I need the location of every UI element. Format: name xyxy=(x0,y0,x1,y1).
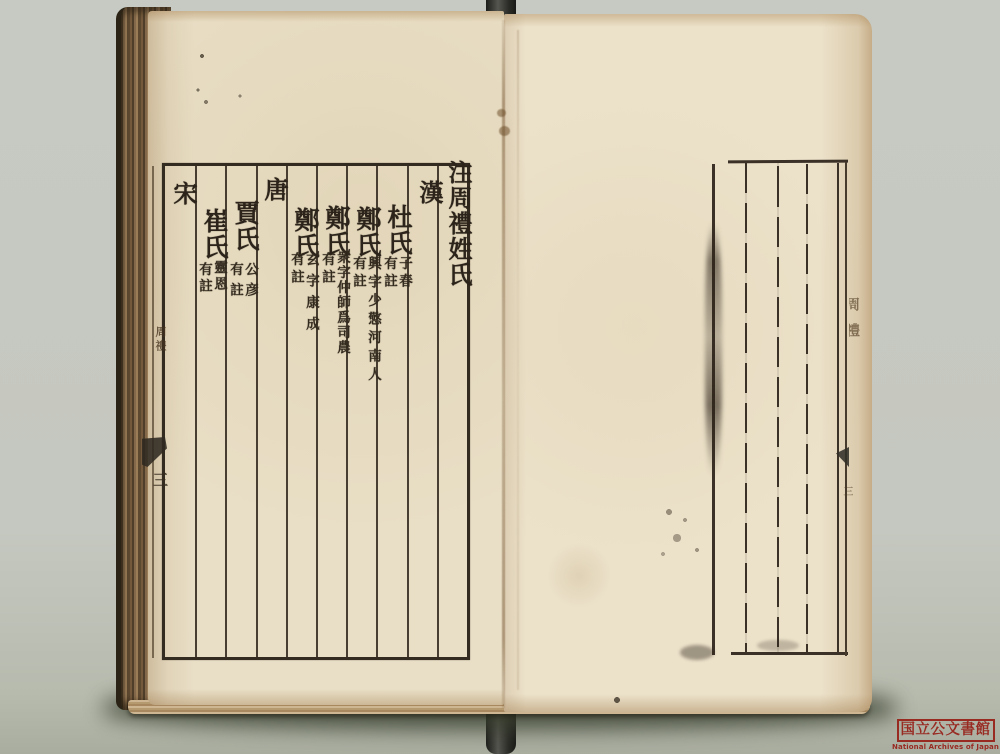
entry-name-jia-shi: 賈氏 xyxy=(227,200,263,252)
right-column-rule xyxy=(837,163,839,655)
dynasty-header-han: 漢 xyxy=(412,180,447,206)
ink-specks xyxy=(190,46,250,110)
archives-watermark: 国立公文書館 National Archives of Japan xyxy=(891,719,1000,751)
right-fold-title: 周禮 xyxy=(849,297,862,349)
dynasty-header-song: 宋 xyxy=(166,181,201,207)
column-rule xyxy=(437,166,439,657)
archives-watermark-kanji: 国立公文書館 xyxy=(897,719,995,742)
ink-smudge-streak xyxy=(705,222,722,477)
right-column-rule xyxy=(777,163,779,654)
entry-name-cui-shi: 崔氏 xyxy=(196,208,232,260)
crease-stain xyxy=(499,126,510,136)
entry-name-zheng-xing: 鄭氏 xyxy=(349,206,385,258)
right-column-rule xyxy=(806,164,808,653)
left-fold-title: 周禮 xyxy=(152,326,168,354)
gutter-crease xyxy=(502,20,505,708)
ink-speck xyxy=(610,694,624,706)
right-column-rule xyxy=(745,163,747,654)
right-frame-bottom-border xyxy=(731,652,848,655)
left-fold-page-number: 三 xyxy=(150,472,171,487)
entry-name-du-shi: 杜氏 xyxy=(380,204,416,256)
fold-edge-rule xyxy=(152,166,154,658)
archives-watermark-english: National Archives of Japan xyxy=(891,743,1000,751)
right-page-crease xyxy=(517,30,519,690)
right-fold-title-clip: 周禮 xyxy=(849,297,862,392)
paper-stain xyxy=(548,540,610,612)
dynasty-header-tang: 唐 xyxy=(257,177,292,203)
ink-specks xyxy=(655,500,710,562)
entry-note-left: 有註 xyxy=(286,252,306,287)
crease-stain xyxy=(497,109,506,117)
ink-smear xyxy=(757,640,799,651)
entry-note-left: 有註 xyxy=(194,262,214,295)
right-frame-edge-rule xyxy=(845,162,847,656)
ink-smear xyxy=(680,645,714,660)
right-page xyxy=(504,14,872,712)
photo-stage: 注周禮姓氏 漢 杜氏 子春 有註 鄭氏 興字少憼河南人 有註 鄭氏 衆字仲師爲司… xyxy=(0,0,1000,754)
right-fold-page-number: 三 xyxy=(839,486,854,496)
